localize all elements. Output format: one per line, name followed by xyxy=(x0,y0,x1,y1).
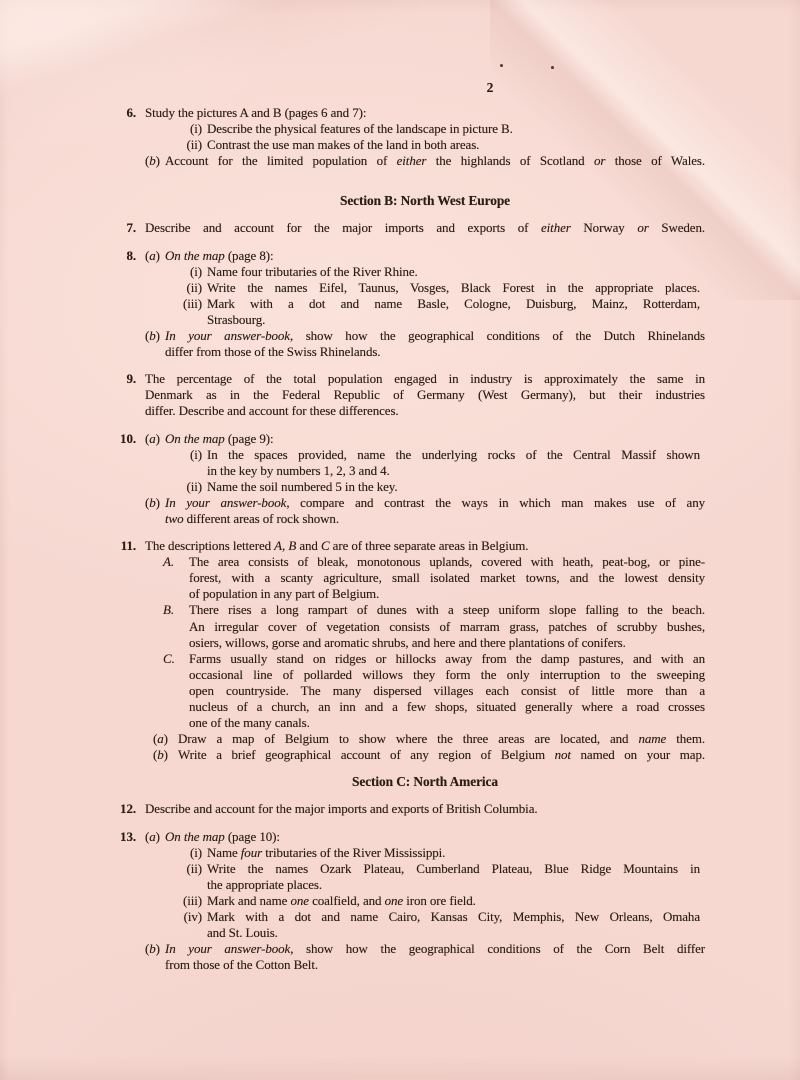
question-9-number: 9. xyxy=(100,371,136,419)
text-line: Draw a map of Belgium to show where the … xyxy=(178,731,705,747)
item-label: (b) xyxy=(145,328,165,360)
text-line: On the map (page 9): xyxy=(165,431,705,447)
sub-item-C: C. Farms usually stand on ridges or hill… xyxy=(163,651,705,731)
text-line: of population in any part of Belgium. xyxy=(189,586,705,602)
item-label: (iii) xyxy=(173,893,207,909)
question-10-number: 10. xyxy=(100,431,136,528)
section-c-heading: Section C: North America xyxy=(145,774,705,790)
sub-item-b: (b) Write a brief geographical account o… xyxy=(153,747,705,763)
item-label: (i) xyxy=(173,121,207,137)
text-line: An irregular cover of vegetation consist… xyxy=(189,619,705,635)
text-line: In your answer-book, show how the geogra… xyxy=(165,941,705,957)
section-b-heading: Section B: North West Europe xyxy=(145,193,705,209)
text-line: forest, with a scanty agriculture, small… xyxy=(189,570,705,586)
text-line: nucleus of a church, an inn and a few sh… xyxy=(189,699,705,715)
sub-item-ii: (ii) Write the names Ozark Plateau, Cumb… xyxy=(173,861,705,893)
text-line: In your answer-book, compare and contras… xyxy=(165,495,705,511)
sub-item-b: (b) Account for the limited population o… xyxy=(145,153,705,169)
question-6-body: Study the pictures A and B (pages 6 and … xyxy=(145,105,705,169)
item-label: (i) xyxy=(173,845,207,861)
text-line: in the key by numbers 1, 2, 3 and 4. xyxy=(207,463,700,479)
sub-item-a: (a) On the map (page 8): xyxy=(145,248,705,264)
item-label: (a) xyxy=(145,248,165,264)
item-label: (i) xyxy=(173,264,207,280)
sub-item-a: (a) On the map (page 10): xyxy=(145,829,705,845)
text-line: Mark with a dot and name Cairo, Kansas C… xyxy=(207,909,700,925)
sub-item-b: (b) In your answer-book, compare and con… xyxy=(145,495,705,527)
page-number: 2 xyxy=(458,80,522,96)
text-line: Study the pictures A and B (pages 6 and … xyxy=(145,105,705,121)
text-line: Name the soil numbered 5 in the key. xyxy=(207,479,700,495)
ink-speck xyxy=(551,66,554,69)
item-label: C. xyxy=(163,651,189,731)
text-line: one of the many canals. xyxy=(189,715,705,731)
sub-item-b: (b) In your answer-book, show how the ge… xyxy=(145,328,705,360)
sub-item-i: (i) In the spaces provided, name the und… xyxy=(173,447,705,479)
sub-item-ii: (ii) Contrast the use man makes of the l… xyxy=(173,137,705,153)
text-line: Name four tributaries of the River Missi… xyxy=(207,845,700,861)
question-11-number: 11. xyxy=(100,538,136,763)
item-label: (ii) xyxy=(173,280,207,296)
item-label: (b) xyxy=(153,747,178,763)
question-12-number: 12. xyxy=(100,801,136,817)
text-line: There rises a long rampart of dunes with… xyxy=(189,602,705,618)
sub-item-a: (a) Draw a map of Belgium to show where … xyxy=(153,731,705,747)
sub-item-ii: (ii) Write the names Eifel, Taunus, Vosg… xyxy=(173,280,705,296)
text-line: In the spaces provided, name the underly… xyxy=(207,447,700,463)
question-10-body: (a) On the map (page 9): (i) In the spac… xyxy=(145,431,705,528)
question-8-body: (a) On the map (page 8): (i) Name four t… xyxy=(145,248,705,361)
question-7-body: Describe and account for the major impor… xyxy=(145,220,705,236)
sub-item-b: (b) In your answer-book, show how the ge… xyxy=(145,941,705,973)
sub-item-B: B. There rises a long rampart of dunes w… xyxy=(163,602,705,650)
text-line: Farms usually stand on ridges or hillock… xyxy=(189,651,705,667)
text-line: On the map (page 10): xyxy=(165,829,705,845)
text-line: differ from those of the Swiss Rhineland… xyxy=(165,344,705,360)
text-line: Write a brief geographical account of an… xyxy=(178,747,705,763)
item-label: (iii) xyxy=(173,296,207,328)
text-line: The area consists of bleak, monotonous u… xyxy=(189,554,705,570)
sub-item-A: A. The area consists of bleak, monotonou… xyxy=(163,554,705,602)
text-line: occasional line of pollarded willows the… xyxy=(189,667,705,683)
item-label: (b) xyxy=(145,153,165,169)
question-13: 13. (a) On the map (page 10): (i) Name f… xyxy=(100,829,705,974)
document-body: 6. Study the pictures A and B (pages 6 a… xyxy=(0,105,800,984)
sub-item-i: (i) Name four tributaries of the River R… xyxy=(173,264,705,280)
text-line: differ. Describe and account for these d… xyxy=(145,403,705,419)
item-label: (iv) xyxy=(173,909,207,941)
text-line: Contrast the use man makes of the land i… xyxy=(207,137,700,153)
text-line: Describe and account for the major impor… xyxy=(145,220,705,236)
question-12: 12. Describe and account for the major i… xyxy=(100,801,705,817)
text-line: from those of the Cotton Belt. xyxy=(165,957,705,973)
sub-item-ii: (ii) Name the soil numbered 5 in the key… xyxy=(173,479,705,495)
text-line: Name four tributaries of the River Rhine… xyxy=(207,264,700,280)
text-line: Strasbourg. xyxy=(207,312,700,328)
question-7-number: 7. xyxy=(100,220,136,236)
text-line: The percentage of the total population e… xyxy=(145,371,705,387)
question-11: 11. The descriptions lettered A, B and C… xyxy=(100,538,705,763)
item-label: (ii) xyxy=(173,137,207,153)
question-8-number: 8. xyxy=(100,248,136,361)
question-6-number: 6. xyxy=(100,105,136,169)
question-9: 9. The percentage of the total populatio… xyxy=(100,371,705,419)
item-label: (a) xyxy=(145,829,165,845)
item-label: (b) xyxy=(145,941,165,973)
text-line: Denmark as in the Federal Republic of Ge… xyxy=(145,387,705,403)
item-label: B. xyxy=(163,602,189,650)
item-label: (i) xyxy=(173,447,207,479)
text-line: Mark and name one coalfield, and one iro… xyxy=(207,893,700,909)
item-label: (a) xyxy=(145,431,165,447)
item-label: (a) xyxy=(153,731,178,747)
text-line: Describe and account for the major impor… xyxy=(145,801,705,817)
sub-item-i: (i) Name four tributaries of the River M… xyxy=(173,845,705,861)
item-label: (ii) xyxy=(173,479,207,495)
question-8: 8. (a) On the map (page 8): (i) Name fou… xyxy=(100,248,705,361)
item-label: (ii) xyxy=(173,861,207,893)
sub-item-iii: (iii) Mark with a dot and name Basle, Co… xyxy=(173,296,705,328)
text-line: Write the names Ozark Plateau, Cumberlan… xyxy=(207,861,700,877)
question-12-body: Describe and account for the major impor… xyxy=(145,801,705,817)
text-line: osiers, willows, gorse and aromatic shru… xyxy=(189,635,705,651)
text-line: Account for the limited population of ei… xyxy=(165,153,705,169)
question-10: 10. (a) On the map (page 9): (i) In the … xyxy=(100,431,705,528)
sub-item-a: (a) On the map (page 9): xyxy=(145,431,705,447)
text-line: In your answer-book, show how the geogra… xyxy=(165,328,705,344)
text-line: open countryside. The many dispersed vil… xyxy=(189,683,705,699)
text-line: and St. Louis. xyxy=(207,925,700,941)
text-line: On the map (page 8): xyxy=(165,248,705,264)
question-13-number: 13. xyxy=(100,829,136,974)
text-line: Mark with a dot and name Basle, Cologne,… xyxy=(207,296,700,312)
item-label: A. xyxy=(163,554,189,602)
text-line: Describe the physical features of the la… xyxy=(207,121,700,137)
sub-item-iii: (iii) Mark and name one coalfield, and o… xyxy=(173,893,705,909)
text-line: The descriptions lettered A, B and C are… xyxy=(145,538,705,554)
sub-item-iv: (iv) Mark with a dot and name Cairo, Kan… xyxy=(173,909,705,941)
text-line: the appropriate places. xyxy=(207,877,700,893)
question-6: 6. Study the pictures A and B (pages 6 a… xyxy=(100,105,705,169)
ink-speck xyxy=(500,64,503,67)
question-11-body: The descriptions lettered A, B and C are… xyxy=(145,538,705,763)
exam-page-scan: 2 6. Study the pictures A and B (pages 6… xyxy=(0,0,800,1080)
question-7: 7. Describe and account for the major im… xyxy=(100,220,705,236)
sub-item-i: (i) Describe the physical features of th… xyxy=(173,121,705,137)
text-line: Write the names Eifel, Taunus, Vosges, B… xyxy=(207,280,700,296)
question-13-body: (a) On the map (page 10): (i) Name four … xyxy=(145,829,705,974)
item-label: (b) xyxy=(145,495,165,527)
text-line: two different areas of rock shown. xyxy=(165,511,705,527)
question-9-body: The percentage of the total population e… xyxy=(145,371,705,419)
